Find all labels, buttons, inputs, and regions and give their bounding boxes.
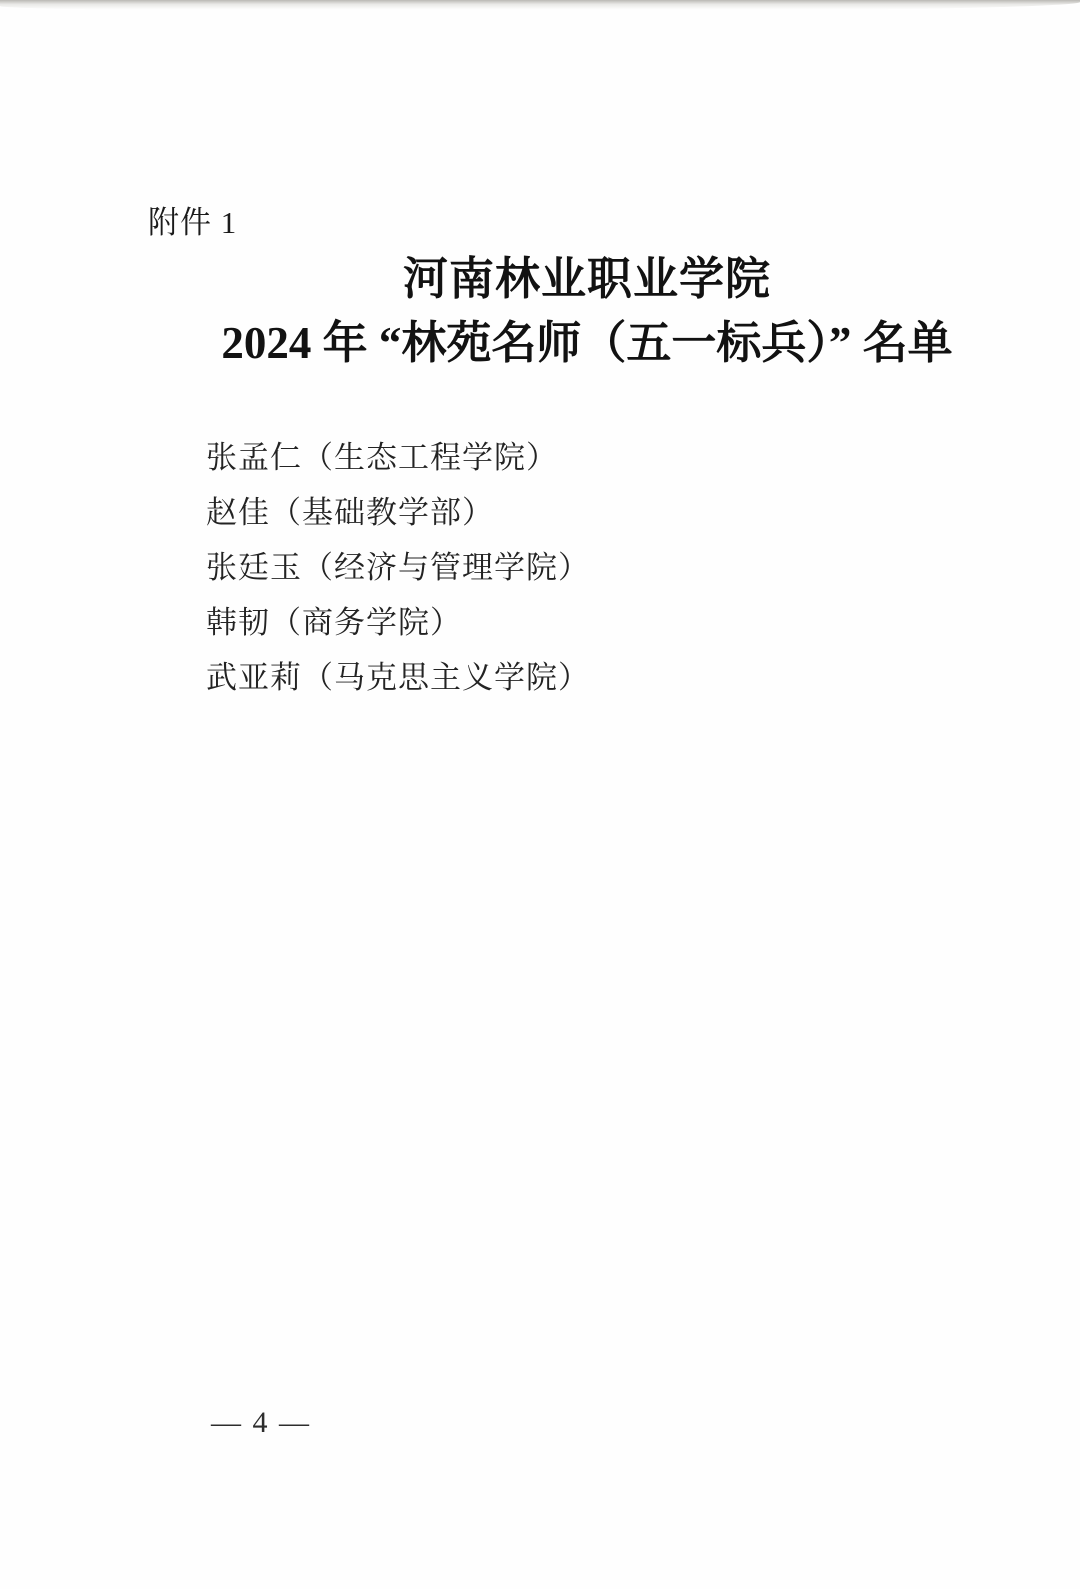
title-line-2: 2024 年 “林苑名师（五一标兵）” 名单 xyxy=(187,313,987,373)
list-item: 武亚莉（马克思主义学院） xyxy=(206,661,590,695)
list-item: 韩韧（商务学院） xyxy=(206,606,590,640)
list-item: 赵佳（基础教学部） xyxy=(206,496,590,530)
title-line-1: 河南林业职业学院 xyxy=(187,249,987,309)
scan-edge-artifact xyxy=(0,0,1080,12)
document-title: 河南林业职业学院 2024 年 “林苑名师（五一标兵）” 名单 xyxy=(187,249,987,373)
page-number: — 4 — xyxy=(196,1406,326,1440)
document-page: 附件 1 河南林业职业学院 2024 年 “林苑名师（五一标兵）” 名单 张孟仁… xyxy=(0,0,1080,1589)
list-item: 张孟仁（生态工程学院） xyxy=(206,441,590,475)
attachment-label: 附件 1 xyxy=(148,206,237,240)
awardee-list: 张孟仁（生态工程学院） 赵佳（基础教学部） 张廷玉（经济与管理学院） 韩韧（商务… xyxy=(206,441,590,716)
list-item: 张廷玉（经济与管理学院） xyxy=(206,551,590,585)
